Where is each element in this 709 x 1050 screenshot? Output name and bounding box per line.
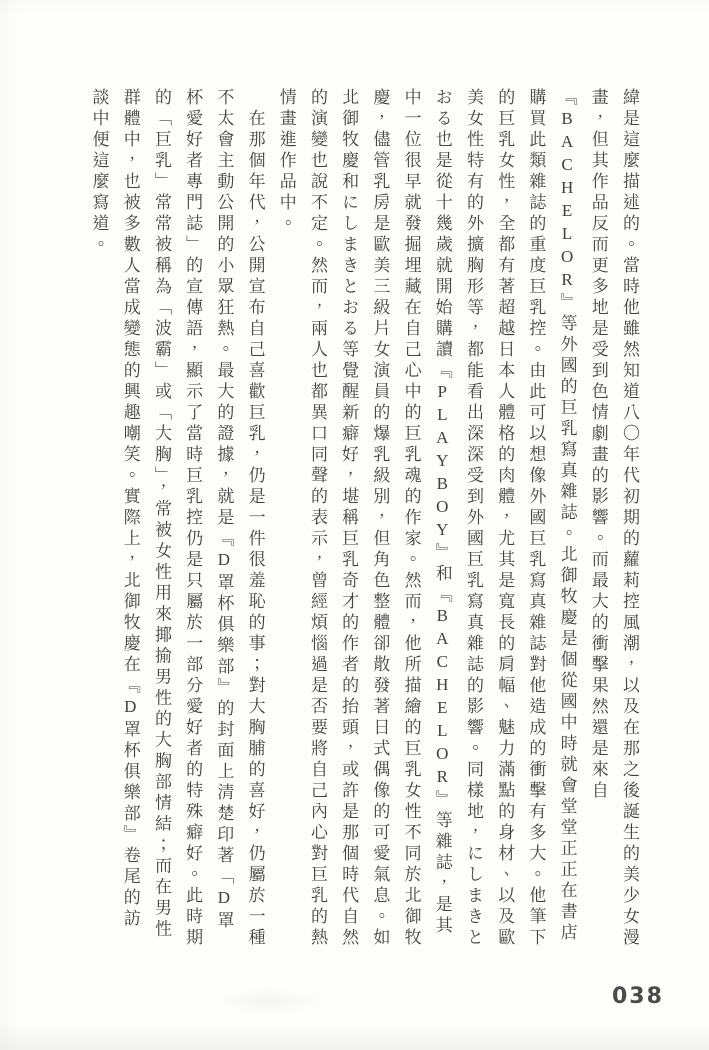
ink-bleed-artifact (215, 990, 325, 1012)
book-page: 緯是這麼描述的。當時他雖然知道八〇年代初期的蘿莉控風潮，以及在那之後誕生的美少女… (0, 0, 709, 1050)
page-number: 038 (612, 984, 664, 1009)
body-text: 緯是這麼描述的。當時他雖然知道八〇年代初期的蘿莉控風潮，以及在那之後誕生的美少女… (113, 88, 645, 950)
paragraph-1: 緯是這麼描述的。當時他雖然知道八〇年代初期的蘿莉控風潮，以及在那之後誕生的美少女… (271, 88, 645, 950)
paragraph-2: 在那個年代，公開宣布自己喜歡巨乳，仍是一件很羞恥的事；對大胸脯的喜好，仍屬於一種… (83, 88, 270, 950)
